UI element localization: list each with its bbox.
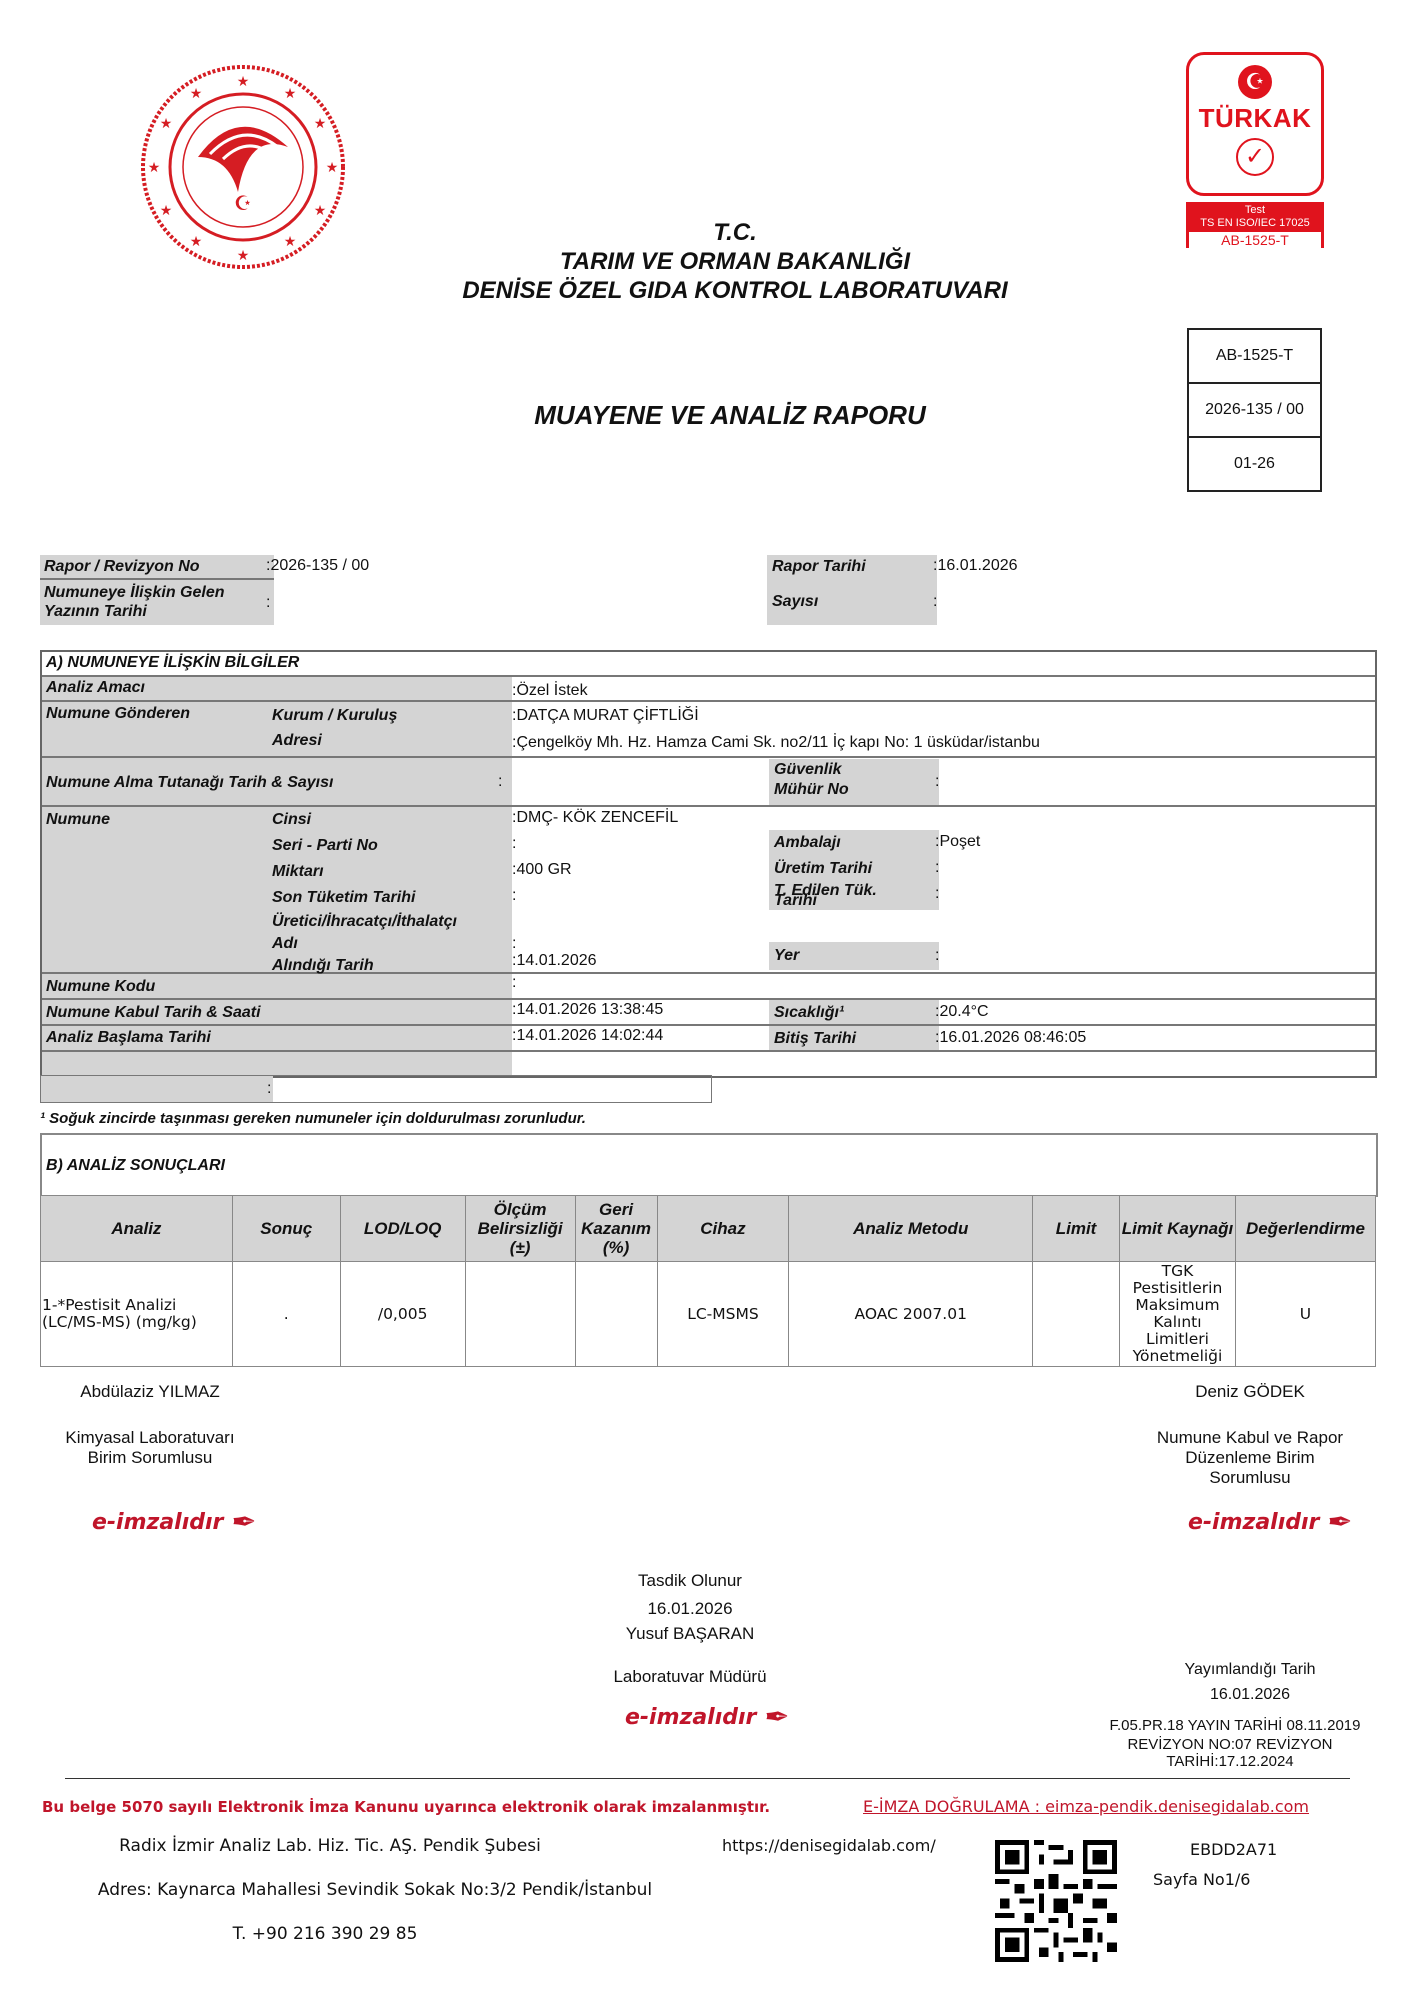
svg-text:★: ★ [284, 85, 297, 101]
ambalaj-label: Ambalajı [774, 834, 841, 852]
published-date: 16.01.2026 [1150, 1685, 1350, 1705]
muhur-value: : [935, 773, 939, 791]
alindigi-label: Alındığı Tarih [272, 957, 374, 975]
col-sonuc: Sonuç [232, 1196, 340, 1262]
page-number: Sayfa No1/6 [1153, 1870, 1250, 1889]
table-row: 1-*Pestisit Analizi (LC/MS-MS) (mg/kg) .… [41, 1262, 1376, 1367]
uretici-value: : [512, 935, 516, 953]
col-belirsizlik: Ölçüm Belirsizliği (±) [465, 1196, 575, 1262]
left-esign-stamp: e-imzalıdır✒ [92, 1505, 257, 1540]
skt-label: Son Tüketim Tarihi [272, 889, 415, 907]
skt-value: : [512, 887, 516, 905]
kurum-value: :DATÇA MURAT ÇİFTLİĞİ [512, 707, 699, 725]
col-limit: Limit [1033, 1196, 1120, 1262]
legal-notice: Bu belge 5070 sayılı Elektronik İmza Kan… [42, 1798, 770, 1816]
title-ministry: TARIM VE ORMAN BAKANLIĞI [340, 247, 1130, 276]
numune-gonderen-label: Numune Gönderen [46, 705, 190, 723]
col-degerlendirme: Değerlendirme [1235, 1196, 1375, 1262]
crescent-star-icon: ☪ [1238, 65, 1272, 99]
esign-label: e-imzalıdır [92, 1510, 223, 1535]
left-signer-name: Abdülaziz YILMAZ [50, 1382, 250, 1402]
svg-text:★: ★ [148, 159, 161, 175]
kodu-label: Numune Kodu [46, 978, 155, 996]
title-tc: T.C. [340, 218, 1130, 247]
baslama-label: Analiz Başlama Tarihi [46, 1029, 211, 1047]
col-lod-loq: LOD/LOQ [340, 1196, 465, 1262]
tutanak-label: Numune Alma Tutanağı Tarih & Sayısı [46, 774, 333, 792]
muhur-label: Güvenlik Mühür No [774, 760, 894, 800]
cell-lod-loq: /0,005 [340, 1262, 465, 1367]
bitis-value: :16.01.2026 08:46:05 [935, 1029, 1086, 1047]
svg-text:★: ★ [237, 73, 250, 89]
sayisi-label: Sayısı [772, 593, 818, 611]
cell-analiz: 1-*Pestisit Analizi (LC/MS-MS) (mg/kg) [41, 1262, 233, 1367]
published-label: Yayımlandığı Tarih [1150, 1660, 1350, 1680]
seri-label: Seri - Parti No [272, 837, 378, 855]
col-cihaz: Cihaz [657, 1196, 789, 1262]
kabul-label: Numune Kabul Tarih & Saati [46, 1004, 261, 1022]
adres-value: :Çengelköy Mh. Hz. Hamza Cami Sk. no2/11… [512, 734, 1040, 752]
results-table: Analiz Sonuç LOD/LOQ Ölçüm Belirsizliği … [40, 1195, 1376, 1367]
analiz-amaci-value: :Özel İstek [512, 682, 588, 700]
document-code: EBDD2A71 [1190, 1840, 1277, 1859]
accreditation-test-label: Test [1186, 204, 1324, 217]
analiz-amaci-label: Analiz Amacı [46, 679, 145, 697]
reference-box: AB-1525-T 2026-135 / 00 01-26 [1187, 328, 1322, 492]
cell-limit [1033, 1262, 1120, 1367]
cell-metod: AOAC 2007.01 [789, 1262, 1033, 1367]
ambalaj-value: :Poşet [935, 833, 980, 851]
svg-text:☪: ☪ [234, 193, 252, 215]
divider [40, 578, 274, 580]
qr-code-icon[interactable] [995, 1840, 1117, 1962]
cinsi-label: Cinsi [272, 811, 311, 829]
rapor-revizyon-label: Rapor / Revizyon No [44, 558, 200, 576]
approval-date: 16.01.2026 [590, 1599, 790, 1619]
accreditation-code: AB-1525-T [1189, 232, 1321, 248]
accreditation-standard: TS EN ISO/IEC 17025 [1186, 217, 1324, 230]
yer-label: Yer [774, 947, 799, 965]
pen-icon: ✒ [1327, 1505, 1352, 1540]
seri-value: : [512, 835, 516, 853]
cell-cihaz: LC-MSMS [657, 1262, 789, 1367]
esign-label: e-imzalıdır [625, 1705, 756, 1730]
cell-belirsizlik [465, 1262, 575, 1367]
col-metod: Analiz Metodu [789, 1196, 1033, 1262]
uretim-value: : [935, 859, 939, 877]
pen-icon: ✒ [231, 1505, 256, 1540]
rapor-tarihi-value: :16.01.2026 [933, 557, 1018, 575]
pen-icon: ✒ [764, 1700, 789, 1735]
cell-degerlendirme: U [1235, 1262, 1375, 1367]
section-b-box: B) ANALİZ SONUÇLARI [40, 1133, 1378, 1197]
svg-text:★: ★ [190, 233, 203, 249]
section-b-title: B) ANALİZ SONUÇLARI [46, 1157, 225, 1175]
svg-text:★: ★ [284, 233, 297, 249]
cinsi-value: :DMÇ- KÖK ZENCEFİL [512, 809, 678, 827]
ministry-seal-logo: ★ ★ ★ ★ ★ ★ ★ ★ ★ ★ ★ ★ ☪ [138, 62, 348, 272]
company-name: Radix İzmir Analiz Lab. Hiz. Tic. AŞ. Pe… [100, 1836, 560, 1856]
right-esign-stamp: e-imzalıdır✒ [1188, 1505, 1353, 1540]
bitis-label: Bitiş Tarihi [774, 1030, 856, 1048]
check-icon: ✓ [1236, 138, 1274, 176]
website-link[interactable]: https://denisegidalab.com/ [722, 1836, 936, 1855]
uretim-label: Üretim Tarihi [774, 860, 872, 878]
turkak-brand: TÜRKAK [1189, 103, 1321, 134]
report-title: MUAYENE VE ANALİZ RAPORU [420, 400, 1040, 431]
center-esign-stamp: e-imzalıdır✒ [625, 1700, 790, 1735]
ref-report-number: 2026-135 / 00 [1189, 384, 1320, 438]
tett-value: : [935, 885, 939, 903]
rapor-revizyon-value: :2026-135 / 00 [266, 557, 369, 575]
kabul-value: :14.01.2026 13:38:45 [512, 1001, 663, 1019]
sayisi-value: : [933, 593, 937, 611]
rapor-tarihi-label: Rapor Tarihi [772, 558, 866, 576]
uretici-label: Üretici/İhracatçı/İthalatçı Adı [272, 911, 482, 955]
footer-divider [65, 1778, 1350, 1779]
col-analiz: Analiz [41, 1196, 233, 1262]
extra-row: : [40, 1075, 712, 1103]
left-signer-title: Kimyasal Laboratuvarı Birim Sorumlusu [55, 1428, 245, 1468]
cell-geri-kazanim [575, 1262, 657, 1367]
ref-accreditation-code: AB-1525-T [1189, 330, 1320, 384]
kurum-label: Kurum / Kuruluş [272, 707, 397, 725]
turkak-logo: ☪ TÜRKAK ✓ Test TS EN ISO/IEC 17025 AB-1… [1186, 52, 1324, 257]
alindigi-value: :14.01.2026 [512, 952, 597, 970]
ministry-seal-icon: ★ ★ ★ ★ ★ ★ ★ ★ ★ ★ ★ ★ ☪ [138, 62, 348, 272]
kodu-value: : [512, 974, 516, 992]
section-a-title: A) NUMUNEYE İLİŞKİN BİLGİLER [46, 654, 299, 672]
cell-sonuc: . [232, 1262, 340, 1367]
right-signer-title: Numune Kabul ve Rapor Düzenleme Birim So… [1150, 1428, 1350, 1488]
svg-text:★: ★ [190, 85, 203, 101]
right-signer-name: Deniz GÖDEK [1150, 1382, 1350, 1402]
miktari-label: Miktarı [272, 863, 324, 881]
svg-text:★: ★ [314, 202, 327, 218]
svg-text:★: ★ [160, 202, 173, 218]
approver-title: Laboratuvar Müdürü [580, 1667, 800, 1687]
svg-text:★: ★ [237, 247, 250, 263]
gelen-yazi-label: Numuneye İlişkin Gelen Yazının Tarihi [44, 583, 244, 621]
title-lab: DENİSE ÖZEL GIDA KONTROL LABORATUVARI [340, 276, 1130, 305]
form-code: F.05.PR.18 YAYIN TARİHİ 08.11.2019 [1085, 1716, 1385, 1736]
adres-label: Adresi [272, 732, 322, 750]
baslama-value: :14.01.2026 14:02:44 [512, 1027, 663, 1045]
sicaklik-label: Sıcaklığı¹ [774, 1004, 844, 1022]
svg-text:★: ★ [160, 115, 173, 131]
tutanak-value: : [498, 773, 502, 791]
svg-text:★: ★ [326, 159, 339, 175]
company-address: Adres: Kaynarca Mahallesi Sevindik Sokak… [85, 1880, 665, 1900]
company-phone: T. +90 216 390 29 85 [200, 1924, 450, 1944]
tett-label: T. Edilen Tük. Tarihi [774, 886, 894, 906]
lab-header-titles: T.C. TARIM VE ORMAN BAKANLIĞI DENİSE ÖZE… [340, 218, 1130, 305]
approver-name: Yusuf BAŞARAN [590, 1624, 790, 1644]
svg-text:★: ★ [314, 115, 327, 131]
footnote: ¹ Soğuk zincirde taşınması gereken numun… [40, 1110, 586, 1127]
revision-info: REVİZYON NO:07 REVİZYON TARİHİ:17.12.202… [1110, 1736, 1350, 1770]
yer-value: : [935, 947, 939, 965]
col-geri-kazanim: Geri Kazanım (%) [575, 1196, 657, 1262]
cell-limit-kaynagi: TGK Pestisitlerin Maksimum Kalıntı Limit… [1119, 1262, 1235, 1367]
approval-label: Tasdik Olunur [590, 1571, 790, 1591]
sicaklik-value: :20.4°C [935, 1003, 989, 1021]
section-a-table: A) NUMUNEYE İLİŞKİN BİLGİLER Analiz Amac… [40, 650, 1377, 1078]
esign-verify-link[interactable]: E-İMZA DOĞRULAMA : eimza-pendik.denisegi… [863, 1797, 1309, 1816]
extra-row-value: : [267, 1080, 271, 1098]
esign-label: e-imzalıdır [1188, 1510, 1319, 1535]
ref-period: 01-26 [1189, 438, 1320, 490]
miktari-value: :400 GR [512, 861, 572, 879]
numune-label: Numune [46, 811, 110, 829]
col-limit-kaynagi: Limit Kaynağı [1119, 1196, 1235, 1262]
gelen-yazi-value: : [266, 594, 270, 612]
results-header-row: Analiz Sonuç LOD/LOQ Ölçüm Belirsizliği … [41, 1196, 1376, 1262]
